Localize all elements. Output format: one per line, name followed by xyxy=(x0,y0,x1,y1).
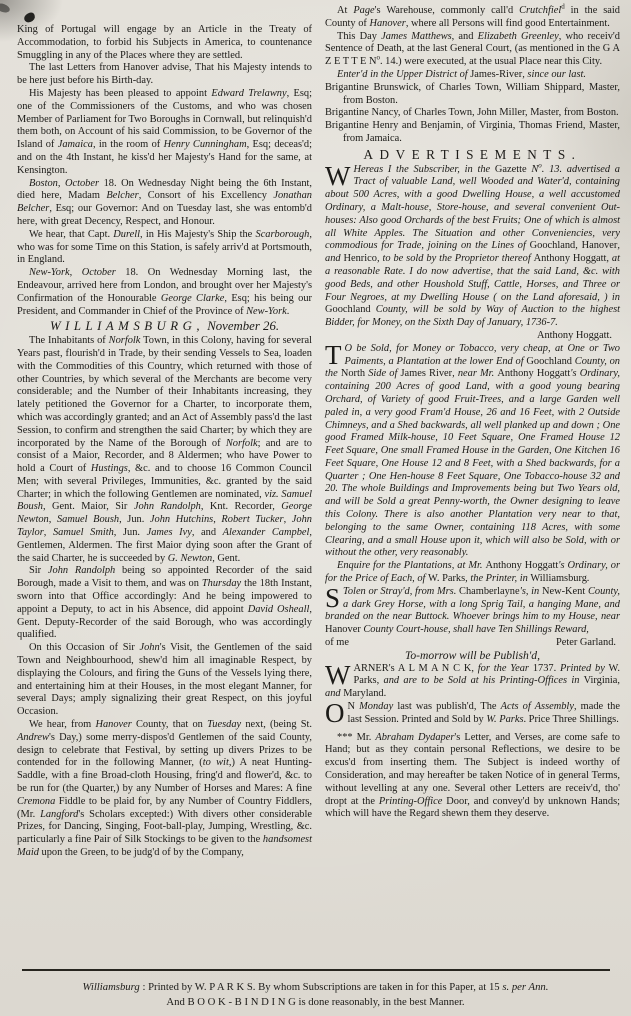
drop-cap: W xyxy=(325,164,353,187)
emphasized-text: Samuel Boush xyxy=(57,514,119,525)
publish-notice-line: To-morrow will be Publish'd, xyxy=(325,650,620,663)
emphasized-text: Crutchfiel xyxy=(519,5,561,16)
emphasized-text: John Randolph xyxy=(48,565,115,576)
dateline-heading: WILLIAMSBURG, November 26. xyxy=(17,320,312,333)
emphasized-text: Norfolk xyxy=(226,438,258,449)
advertisement-paragraph: STolen or Stray'd, from Mrs. Chamberlayn… xyxy=(325,586,620,637)
news-paragraph: We hear, that Capt. Durell, in His Majes… xyxy=(17,229,312,267)
emphasized-text: John Randolph xyxy=(134,501,201,512)
news-paragraph: His Majesty has been pleased to appoint … xyxy=(17,88,312,178)
emphasized-text: Hanover xyxy=(582,240,618,251)
emphasized-text: Goochland xyxy=(530,240,576,251)
news-paragraph: The last Letters from Hanover advise, Th… xyxy=(17,62,312,88)
emphasized-text: David Osheall xyxy=(248,604,310,615)
section-heading: ADVERTISEMENTS. xyxy=(325,149,620,162)
emphasized-text: Hanover xyxy=(95,719,131,730)
newspaper-page: King of Portugal will engage by an Artic… xyxy=(0,0,631,1016)
emphasized-text: Goochland xyxy=(325,304,371,315)
ship-entry: Brigantine Nancy, of Charles Town, John … xyxy=(325,107,620,120)
emphasized-text: Thursday xyxy=(202,578,241,589)
imprint-line: And B O O K - B I N D I N G is done reas… xyxy=(0,995,631,1010)
emphasized-text: viz. xyxy=(264,489,278,500)
emphasized-text: Printed by xyxy=(560,663,605,674)
drop-cap: W xyxy=(325,663,353,686)
news-paragraph: *** Mr. Abraham Dydaper's Letter, and Ve… xyxy=(325,732,620,822)
emphasized-text: Norfolk xyxy=(109,335,141,346)
emphasized-text: for the Year xyxy=(478,663,529,674)
emphasized-text: Henrico xyxy=(344,253,377,264)
emphasized-text: Anthony Hoggatt xyxy=(497,368,570,379)
emphasized-text: Hanover xyxy=(325,624,361,635)
emphasized-text: Anthony Hoggatt xyxy=(534,253,607,264)
emphasized-text: John Hutchins xyxy=(150,514,213,525)
news-paragraph: Enter'd in the Upper District of James-R… xyxy=(325,69,620,82)
news-paragraph: This Day James Matthews, and Elizabeth G… xyxy=(325,31,620,69)
news-paragraph: New-York, October 18. On Wednesday Morni… xyxy=(17,267,312,318)
emphasized-text: Henry Cunningham xyxy=(164,139,247,150)
emphasized-text: Jonathan Belcher xyxy=(17,190,312,214)
emphasized-text: s. per Ann. xyxy=(502,981,548,993)
advertisement-paragraph: WARNER's A L M A N C K, for the Year 173… xyxy=(325,663,620,701)
news-paragraph: On this Occasion of Sir John's Visit, th… xyxy=(17,642,312,719)
superscript-text: o xyxy=(376,54,380,62)
emphasized-text: Abraham Dydaper xyxy=(375,732,454,743)
emphasized-text: W. Parks xyxy=(486,714,523,725)
advertisement-paragraph: ON Monday last was publish'd, The Acts o… xyxy=(325,701,620,727)
emphasized-text: James-River xyxy=(470,69,522,80)
left-column: King of Portugal will engage by an Artic… xyxy=(17,3,312,860)
emphasized-text: Williamsburg xyxy=(530,573,587,584)
emphasized-text: North xyxy=(341,368,365,379)
news-paragraph: Sir John Randolph being so appointed Rec… xyxy=(17,565,312,642)
emphasized-text: Hustings xyxy=(91,463,128,474)
news-paragraph: King of Portugal will engage by an Artic… xyxy=(17,24,312,62)
emphasized-text: New-Kent xyxy=(542,586,585,597)
emphasized-text: Monday xyxy=(359,701,393,712)
emphasized-text: Alexander Campbel xyxy=(223,527,310,538)
signature: Anthony Hoggatt. xyxy=(325,330,620,343)
emphasized-text: to wit xyxy=(203,757,229,768)
footer-rule xyxy=(22,969,610,971)
emphasized-text: Printing-Office xyxy=(379,796,443,807)
emphasized-text: Durell xyxy=(113,229,140,240)
emphasized-text: Gazette xyxy=(495,164,527,175)
emphasized-text: G. Newton xyxy=(168,553,212,564)
emphasized-text: Williamsburg xyxy=(83,981,140,993)
emphasized-text: John xyxy=(140,642,160,653)
superscript-text: d xyxy=(561,3,565,11)
emphasized-text: Anthony Hoggatt xyxy=(485,560,558,571)
drop-cap: S xyxy=(325,586,343,609)
emphasized-text: and are to be Sold at his Printing-Offic… xyxy=(384,675,580,686)
signature-row: of mePeter Garland. xyxy=(325,637,620,650)
dateline-date: November 26. xyxy=(207,319,279,333)
emphasized-text: Scarborough xyxy=(256,229,310,240)
signature: Peter Garland. xyxy=(556,637,616,650)
news-paragraph: We hear, from Hanover County, that on Tu… xyxy=(17,719,312,860)
emphasized-text: Page xyxy=(353,5,374,16)
emphasized-text: Chamberlayne xyxy=(459,586,520,597)
emphasized-text: Andrew xyxy=(17,732,49,743)
emphasized-text: Cremona xyxy=(17,796,55,807)
imprint-line: Williamsburg : Printed by W. P A R K S. … xyxy=(0,980,631,995)
news-paragraph: Boston, October 18. On Wednesday Night b… xyxy=(17,178,312,229)
emphasized-text: George Clarke xyxy=(161,293,224,304)
emphasized-text: James Matthews xyxy=(381,31,452,42)
dateline-city: WILLIAMSBURG, xyxy=(50,319,204,333)
emphasized-text: James River xyxy=(400,368,452,379)
superscript-text: o xyxy=(538,161,542,169)
signature-lead-in: of me xyxy=(325,637,349,650)
advertisement-paragraph: WHereas I the Subscriber, in the Gazette… xyxy=(325,164,620,330)
emphasized-text: and xyxy=(325,688,341,699)
news-paragraph: Enquire for the Plantations, at Mr. Anth… xyxy=(325,560,620,586)
emphasized-text: Acts of Assembly xyxy=(501,701,574,712)
emphasized-text: Goochland xyxy=(526,356,572,367)
emphasized-text: handsomest Maid xyxy=(17,834,312,858)
emphasized-text: Elizabeth Greenley xyxy=(478,31,559,42)
emphasized-text: Belcher xyxy=(106,190,138,201)
emphasized-text: New-York, October xyxy=(29,267,116,278)
emphasized-text: Boston, October xyxy=(29,178,99,189)
advertisement-paragraph: TO be Sold, for Money or Tobacco, very c… xyxy=(325,343,620,561)
right-column: At Page's Warehouse, commonly call'd Cru… xyxy=(325,3,620,860)
drop-cap: T xyxy=(325,343,345,366)
ship-entry: Brigantine Brunswick, of Charles Town, W… xyxy=(325,82,620,108)
emphasized-text: Samuel Smith xyxy=(53,527,114,538)
emphasized-text: Jamaica xyxy=(58,139,93,150)
emphasized-text: Tuesday xyxy=(207,719,241,730)
page-columns: King of Portugal will engage by an Artic… xyxy=(0,0,631,860)
emphasized-text: Robert Tucker xyxy=(221,514,283,525)
news-paragraph: At Page's Warehouse, commonly call'd Cru… xyxy=(325,5,620,31)
emphasized-text: New-York xyxy=(246,306,287,317)
emphasized-text: James Ivy xyxy=(147,527,192,538)
drop-cap: O xyxy=(325,701,348,724)
news-paragraph: The Inhabitants of Norfolk Town, in this… xyxy=(17,335,312,565)
footer: Williamsburg : Printed by W. P A R K S. … xyxy=(0,969,631,1009)
emphasized-text: W. Parks xyxy=(428,573,465,584)
emphasized-text: Langford xyxy=(40,809,78,820)
emphasized-text: Hanover xyxy=(369,18,405,29)
emphasized-text: Edward Trelawny xyxy=(211,88,286,99)
ship-entry: Brigantine Henry and Benjamin, of Virgin… xyxy=(325,120,620,146)
